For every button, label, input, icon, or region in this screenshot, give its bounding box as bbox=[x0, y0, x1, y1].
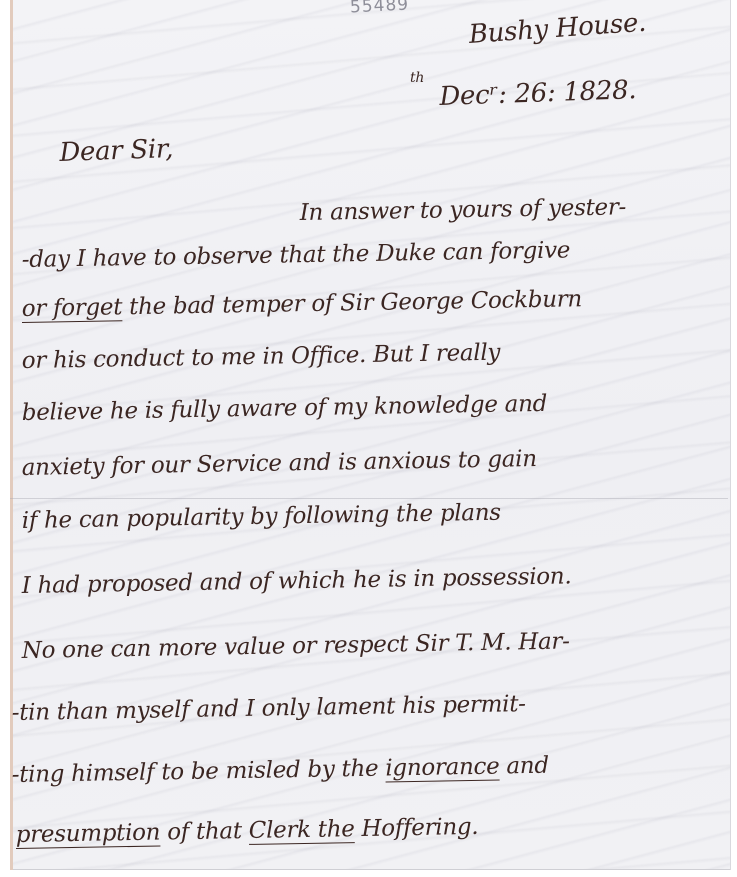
underlined-phrase: or forget bbox=[22, 294, 123, 322]
underlined-phrase: Clerk the bbox=[249, 816, 355, 844]
letter-paper bbox=[10, 0, 731, 870]
date-ordinal-superscript: th bbox=[410, 70, 424, 86]
underlined-word: ignorance bbox=[385, 753, 499, 781]
catalog-number: 55489 bbox=[350, 0, 410, 18]
paper-fold-line bbox=[10, 498, 728, 499]
salutation: Dear Sir, bbox=[59, 134, 174, 168]
underlined-word: presumption bbox=[16, 819, 161, 848]
